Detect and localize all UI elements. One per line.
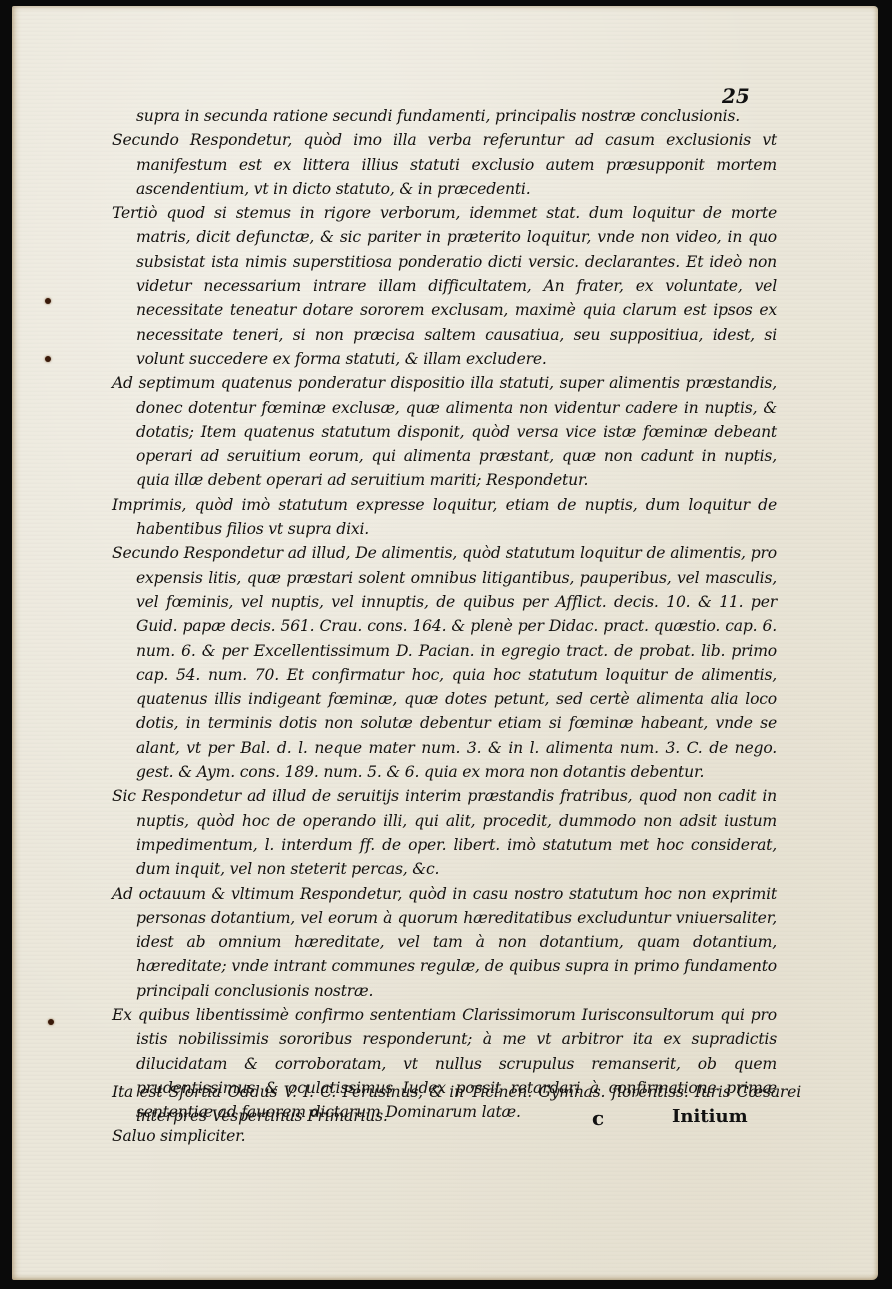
paragraph: Saluo simpliciter. xyxy=(112,1124,777,1148)
paragraph: Tertiò quod si stemus in rigore verborum… xyxy=(112,201,777,371)
paragraph: supra in secunda ratione secundi fundame… xyxy=(112,104,777,128)
paragraph: Ad octauum & vltimum Respondetur, quòd i… xyxy=(112,882,777,1003)
binding-hole xyxy=(45,356,51,362)
catchword: Initium xyxy=(672,1106,748,1127)
paragraph: Sic Respondetur ad illud de seruitijs in… xyxy=(112,784,777,881)
paragraph: Ad septimum quatenus ponderatur disposit… xyxy=(112,371,777,492)
binding-hole xyxy=(48,1019,54,1025)
body-text: supra in secunda ratione secundi fundame… xyxy=(112,104,777,1149)
paragraph: Secundo Respondetur ad illud, De aliment… xyxy=(112,541,777,784)
signature-mark: c xyxy=(592,1106,604,1130)
binding-hole xyxy=(45,298,51,304)
paragraph: Imprimis, quòd imò statutum expresse loq… xyxy=(112,493,777,542)
manuscript-page: 25 supra in secunda ratione secundi fund… xyxy=(12,6,878,1280)
paragraph: Secundo Respondetur, quòd imo illa verba… xyxy=(112,128,777,201)
